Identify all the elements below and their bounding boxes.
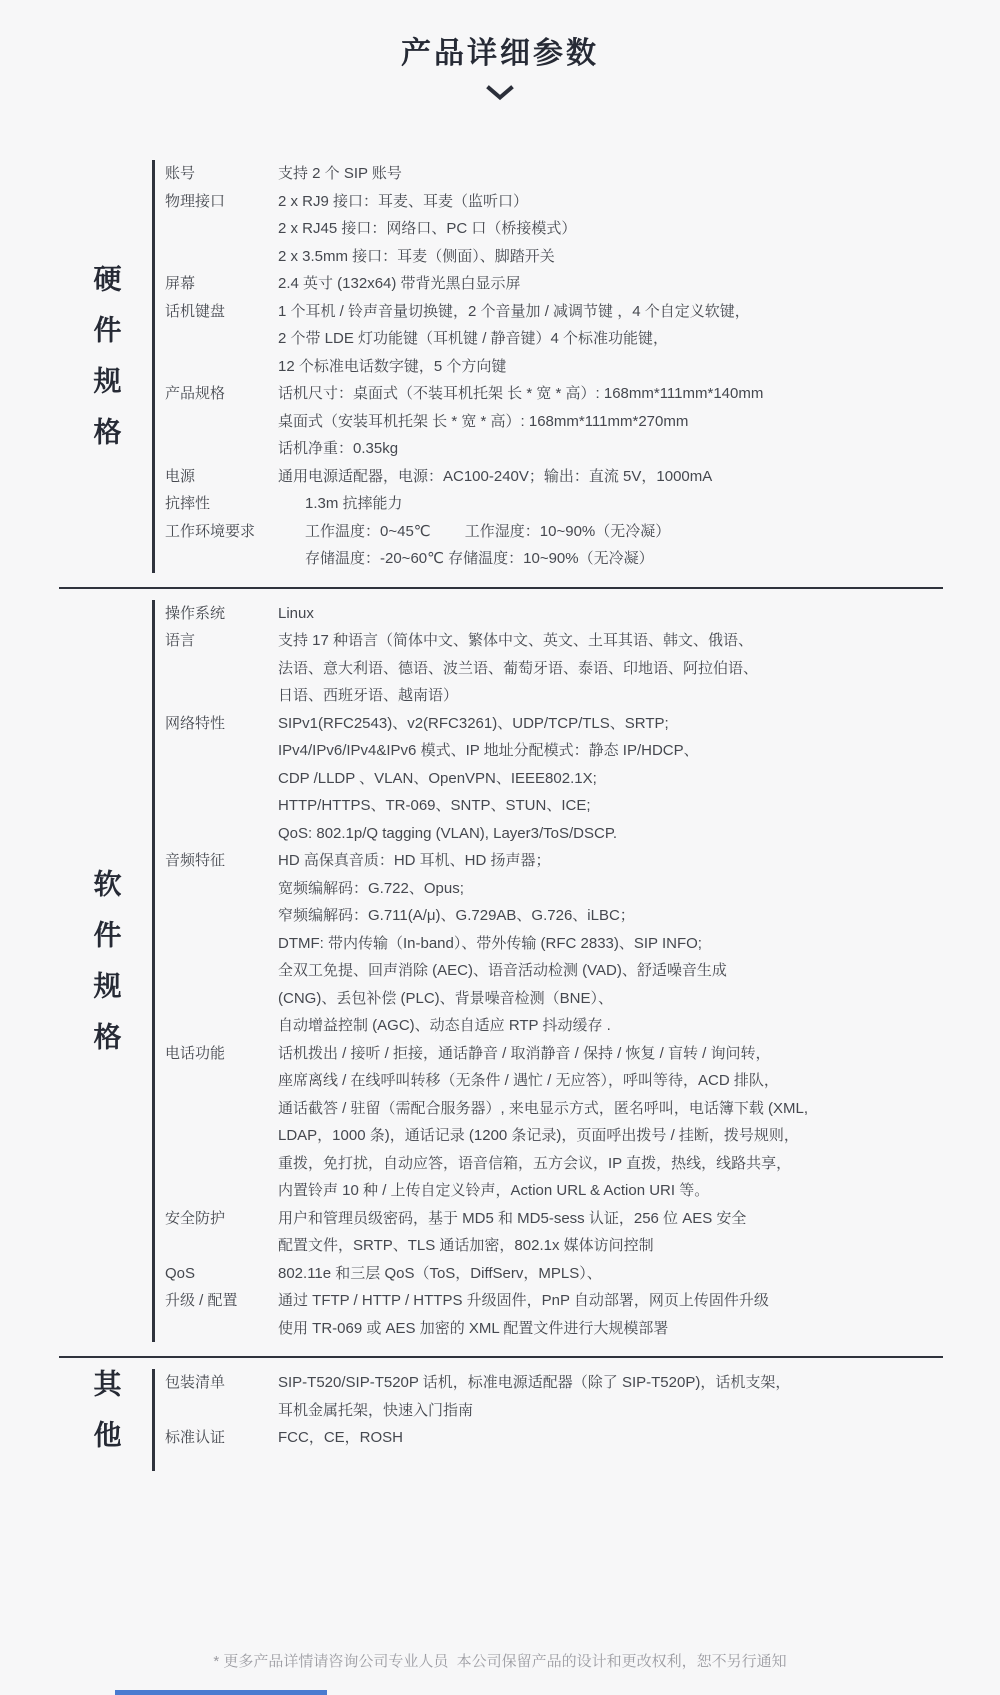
section-label: 硬件规格	[92, 264, 120, 468]
spec-value-line: 话机净重：0.35kg	[278, 435, 943, 463]
product-spec-sheet: 产品详细参数 硬件规格账号支持 2 个 SIP 账号物理接口2 x RJ9 接口…	[0, 28, 1000, 1671]
spec-row: 账号支持 2 个 SIP 账号	[165, 160, 943, 188]
spec-value-line: 使用 TR-069 或 AES 加密的 XML 配置文件进行大规模部署	[278, 1315, 943, 1343]
spec-value-line: 12 个标准电话数字键，5 个方向键	[278, 353, 943, 381]
spec-value-line: 通用电源适配器，电源：AC100-240V；输出：直流 5V，1000mA	[278, 463, 943, 491]
section-software: 软件规格操作系统Linux语言支持 17 种语言（简体中文、繁体中文、英文、土耳…	[59, 589, 943, 1359]
spec-row-value: 用户和管理员级密码，基于 MD5 和 MD5-sess 认证，256 位 AES…	[278, 1205, 943, 1260]
spec-row-label: 物理接口	[165, 188, 278, 216]
spec-value-line: 2.4 英寸 (132x64) 带背光黑白显示屏	[278, 270, 943, 298]
section-label-col: 硬件规格	[59, 160, 152, 573]
spec-row-value: 话机尺寸：桌面式（不装耳机托架 长 * 宽 * 高）: 168mm*111mm*…	[278, 380, 943, 463]
spec-value-line: 全双工免提、回声消除 (AEC)、语音活动检测 (VAD)、舒适噪音生成	[278, 957, 943, 985]
spec-row: 操作系统Linux	[165, 600, 943, 628]
section-other: 其他包装清单SIP-T520/SIP-T520P 话机，标准电源适配器（除了 S…	[59, 1358, 943, 1485]
spec-row: 物理接口2 x RJ9 接口：耳麦、耳麦（监听口）2 x RJ45 接口：网络口…	[165, 188, 943, 271]
spec-value-line: 2 x RJ45 接口：网络口、PC 口（桥接模式）	[278, 215, 943, 243]
spec-row-label: 包装清单	[165, 1369, 278, 1397]
spec-row-label: 账号	[165, 160, 278, 188]
spec-row: 屏幕2.4 英寸 (132x64) 带背光黑白显示屏	[165, 270, 943, 298]
bottom-accent-line	[115, 1690, 327, 1695]
spec-value-line: HD 高保真音质：HD 耳机、HD 扬声器；	[278, 847, 943, 875]
spec-row-value: 802.11e 和三层 QoS（ToS，DiffServ，MPLS）、	[278, 1260, 943, 1288]
spec-value-line: 通过 TFTP / HTTP / HTTPS 升级固件，PnP 自动部署，网页上…	[278, 1287, 943, 1315]
footer-note: * 更多产品详情请咨询公司专业人员 本公司保留产品的设计和更改权利，恕不另行通知	[0, 1650, 1000, 1671]
spec-value-line: 工作温度：0~45℃ 工作湿度：10~90%（无冷凝）	[305, 518, 943, 546]
spec-value-line: 宽频编解码：G.722、Opus;	[278, 875, 943, 903]
spec-value-line: DTMF: 带内传输（In-band）、带外传输 (RFC 2833)、SIP …	[278, 930, 943, 958]
spec-value-line: SIP-T520/SIP-T520P 话机，标准电源适配器（除了 SIP-T52…	[278, 1369, 943, 1397]
section-label: 其他	[92, 1369, 120, 1471]
spec-row-label: 音频特征	[165, 847, 278, 875]
spec-value-line: QoS: 802.1p/Q tagging (VLAN), Layer3/ToS…	[278, 820, 943, 848]
spec-value-line: 配置文件，SRTP、TLS 通话加密，802.1x 媒体访问控制	[278, 1232, 943, 1260]
spec-value-line: 日语、西班牙语、越南语）	[278, 682, 943, 710]
spec-row-label: 电源	[165, 463, 278, 491]
spec-row: 网络特性SIPv1(RFC2543)、v2(RFC3261)、UDP/TCP/T…	[165, 710, 943, 848]
page-title: 产品详细参数	[0, 28, 1000, 72]
spec-row: 升级 / 配置通过 TFTP / HTTP / HTTPS 升级固件，PnP 自…	[165, 1287, 943, 1342]
spec-value-line: 支持 2 个 SIP 账号	[278, 160, 943, 188]
spec-value-line: 座席离线 / 在线呼叫转移（无条件 / 遇忙 / 无应答），呼叫等待，ACD 排…	[278, 1067, 943, 1095]
spec-row: 电话功能话机拨出 / 接听 / 拒接，通话静音 / 取消静音 / 保持 / 恢复…	[165, 1040, 943, 1205]
spec-value-line: 自动增益控制 (AGC)、动态自适应 RTP 抖动缓存 .	[278, 1012, 943, 1040]
spec-row-label: 屏幕	[165, 270, 278, 298]
spec-row-value: 通过 TFTP / HTTP / HTTPS 升级固件，PnP 自动部署，网页上…	[278, 1287, 943, 1342]
spec-row-value: 通用电源适配器，电源：AC100-240V；输出：直流 5V，1000mA	[278, 463, 943, 491]
spec-value-line: SIPv1(RFC2543)、v2(RFC3261)、UDP/TCP/TLS、S…	[278, 710, 943, 738]
spec-row-value: FCC，CE，ROSH	[278, 1424, 943, 1452]
spec-row-value: 支持 2 个 SIP 账号	[278, 160, 943, 188]
spec-row: 音频特征HD 高保真音质：HD 耳机、HD 扬声器；宽频编解码：G.722、Op…	[165, 847, 943, 1040]
spec-row-value: HD 高保真音质：HD 耳机、HD 扬声器；宽频编解码：G.722、Opus;窄…	[278, 847, 943, 1040]
spec-value-line: Linux	[278, 600, 943, 628]
spec-value-line: HTTP/HTTPS、TR-069、SNTP、STUN、ICE;	[278, 792, 943, 820]
spec-row-label: 操作系统	[165, 600, 278, 628]
spec-row-value: Linux	[278, 600, 943, 628]
spec-row-label: 电话功能	[165, 1040, 278, 1068]
spec-value-line: (CNG)、丢包补偿 (PLC)、背景噪音检测（BNE）、	[278, 985, 943, 1013]
section-body: 操作系统Linux语言支持 17 种语言（简体中文、繁体中文、英文、土耳其语、韩…	[152, 600, 943, 1343]
section-label-col: 软件规格	[59, 600, 152, 1343]
spec-value-line: 支持 17 种语言（简体中文、繁体中文、英文、土耳其语、韩文、俄语、	[278, 627, 943, 655]
spec-row-value: SIP-T520/SIP-T520P 话机，标准电源适配器（除了 SIP-T52…	[278, 1369, 943, 1424]
spec-value-line: 桌面式（安装耳机托架 长 * 宽 * 高）: 168mm*111mm*270mm	[278, 408, 943, 436]
spec-value-line: 2 个带 LDE 灯功能键（耳机键 / 静音键）4 个标准功能键，	[278, 325, 943, 353]
spec-value-line: IPv4/IPv6/IPv4&IPv6 模式、IP 地址分配模式：静态 IP/H…	[278, 737, 943, 765]
spec-value-line: 1.3m 抗摔能力	[305, 490, 943, 518]
spec-row-label: 升级 / 配置	[165, 1287, 278, 1315]
spec-row-label: 工作环境要求	[165, 518, 278, 546]
section-label-col: 其他	[59, 1369, 152, 1471]
spec-row-label: 产品规格	[165, 380, 278, 408]
spec-value-line: 窄频编解码：G.711(A/μ)、G.729AB、G.726、iLBC；	[278, 902, 943, 930]
spec-row-value: 工作温度：0~45℃ 工作湿度：10~90%（无冷凝）存储温度：-20~60℃ …	[278, 518, 943, 573]
spec-value-line: 内置铃声 10 种 / 上传自定义铃声，Action URL & Action …	[278, 1177, 943, 1205]
spec-row: 话机键盘1 个耳机 / 铃声音量切换键，2 个音量加 / 减调节键 ，4 个自定…	[165, 298, 943, 381]
spec-row-value: 1 个耳机 / 铃声音量切换键，2 个音量加 / 减调节键 ，4 个自定义软键，…	[278, 298, 943, 381]
spec-value-line: CDP /LLDP 、VLAN、OpenVPN、IEEE802.1X;	[278, 765, 943, 793]
spec-value-line: 通话截答 / 驻留（需配合服务器）, 来电显示方式，匿名呼叫，电话簿下载 (XM…	[278, 1095, 943, 1123]
spec-row-label: 抗摔性	[165, 490, 278, 518]
spec-row-label: 网络特性	[165, 710, 278, 738]
spec-row-label: 安全防护	[165, 1205, 278, 1233]
spec-row-label: 标准认证	[165, 1424, 278, 1452]
spec-sections: 硬件规格账号支持 2 个 SIP 账号物理接口2 x RJ9 接口：耳麦、耳麦（…	[59, 149, 943, 1485]
spec-value-line: 话机尺寸：桌面式（不装耳机托架 长 * 宽 * 高）: 168mm*111mm*…	[278, 380, 943, 408]
spec-row: 语言支持 17 种语言（简体中文、繁体中文、英文、土耳其语、韩文、俄语、法语、意…	[165, 627, 943, 710]
spec-row: 电源通用电源适配器，电源：AC100-240V；输出：直流 5V，1000mA	[165, 463, 943, 491]
spec-row-value: 支持 17 种语言（简体中文、繁体中文、英文、土耳其语、韩文、俄语、法语、意大利…	[278, 627, 943, 710]
spec-value-line: 重拨，免打扰，自动应答，语音信箱，五方会议，IP 直拨，热线，线路共享，	[278, 1150, 943, 1178]
spec-row-label: 语言	[165, 627, 278, 655]
chevron-down-icon	[0, 85, 1000, 101]
spec-value-line: LDAP，1000 条)，通话记录 (1200 条记录)，页面呼出拨号 / 挂断…	[278, 1122, 943, 1150]
spec-row-value: 1.3m 抗摔能力	[278, 490, 943, 518]
spec-value-line: 1 个耳机 / 铃声音量切换键，2 个音量加 / 减调节键 ，4 个自定义软键，	[278, 298, 943, 326]
spec-row-label: 话机键盘	[165, 298, 278, 326]
section-body: 账号支持 2 个 SIP 账号物理接口2 x RJ9 接口：耳麦、耳麦（监听口）…	[152, 160, 943, 573]
spec-row: 标准认证FCC，CE，ROSH	[165, 1424, 943, 1452]
spec-row-value: 话机拨出 / 接听 / 拒接，通话静音 / 取消静音 / 保持 / 恢复 / 盲…	[278, 1040, 943, 1205]
spec-row-value: SIPv1(RFC2543)、v2(RFC3261)、UDP/TCP/TLS、S…	[278, 710, 943, 848]
section-body: 包装清单SIP-T520/SIP-T520P 话机，标准电源适配器（除了 SIP…	[152, 1369, 943, 1471]
spec-row: 产品规格话机尺寸：桌面式（不装耳机托架 长 * 宽 * 高）: 168mm*11…	[165, 380, 943, 463]
spec-value-line: FCC，CE，ROSH	[278, 1424, 943, 1452]
section-label: 软件规格	[92, 869, 120, 1073]
spec-value-line: 话机拨出 / 接听 / 拒接，通话静音 / 取消静音 / 保持 / 恢复 / 盲…	[278, 1040, 943, 1068]
spec-value-line: 2 x 3.5mm 接口：耳麦（侧面）、脚踏开关	[278, 243, 943, 271]
spec-row: QoS802.11e 和三层 QoS（ToS，DiffServ，MPLS）、	[165, 1260, 943, 1288]
spec-value-line: 存储温度：-20~60℃ 存储温度：10~90%（无冷凝）	[305, 545, 943, 573]
spec-value-line: 2 x RJ9 接口：耳麦、耳麦（监听口）	[278, 188, 943, 216]
spec-row-label: QoS	[165, 1260, 278, 1288]
spec-row: 安全防护用户和管理员级密码，基于 MD5 和 MD5-sess 认证，256 位…	[165, 1205, 943, 1260]
spec-value-line: 802.11e 和三层 QoS（ToS，DiffServ，MPLS）、	[278, 1260, 943, 1288]
spec-row: 抗摔性1.3m 抗摔能力	[165, 490, 943, 518]
spec-value-line: 用户和管理员级密码，基于 MD5 和 MD5-sess 认证，256 位 AES…	[278, 1205, 943, 1233]
spec-row: 包装清单SIP-T520/SIP-T520P 话机，标准电源适配器（除了 SIP…	[165, 1369, 943, 1424]
section-hardware: 硬件规格账号支持 2 个 SIP 账号物理接口2 x RJ9 接口：耳麦、耳麦（…	[59, 149, 943, 589]
spec-row: 工作环境要求工作温度：0~45℃ 工作湿度：10~90%（无冷凝）存储温度：-2…	[165, 518, 943, 573]
spec-row-value: 2 x RJ9 接口：耳麦、耳麦（监听口）2 x RJ45 接口：网络口、PC …	[278, 188, 943, 271]
spec-value-line: 耳机金属托架，快速入门指南	[278, 1397, 943, 1425]
spec-value-line: 法语、意大利语、德语、波兰语、葡萄牙语、泰语、印地语、阿拉伯语、	[278, 655, 943, 683]
spec-row-value: 2.4 英寸 (132x64) 带背光黑白显示屏	[278, 270, 943, 298]
